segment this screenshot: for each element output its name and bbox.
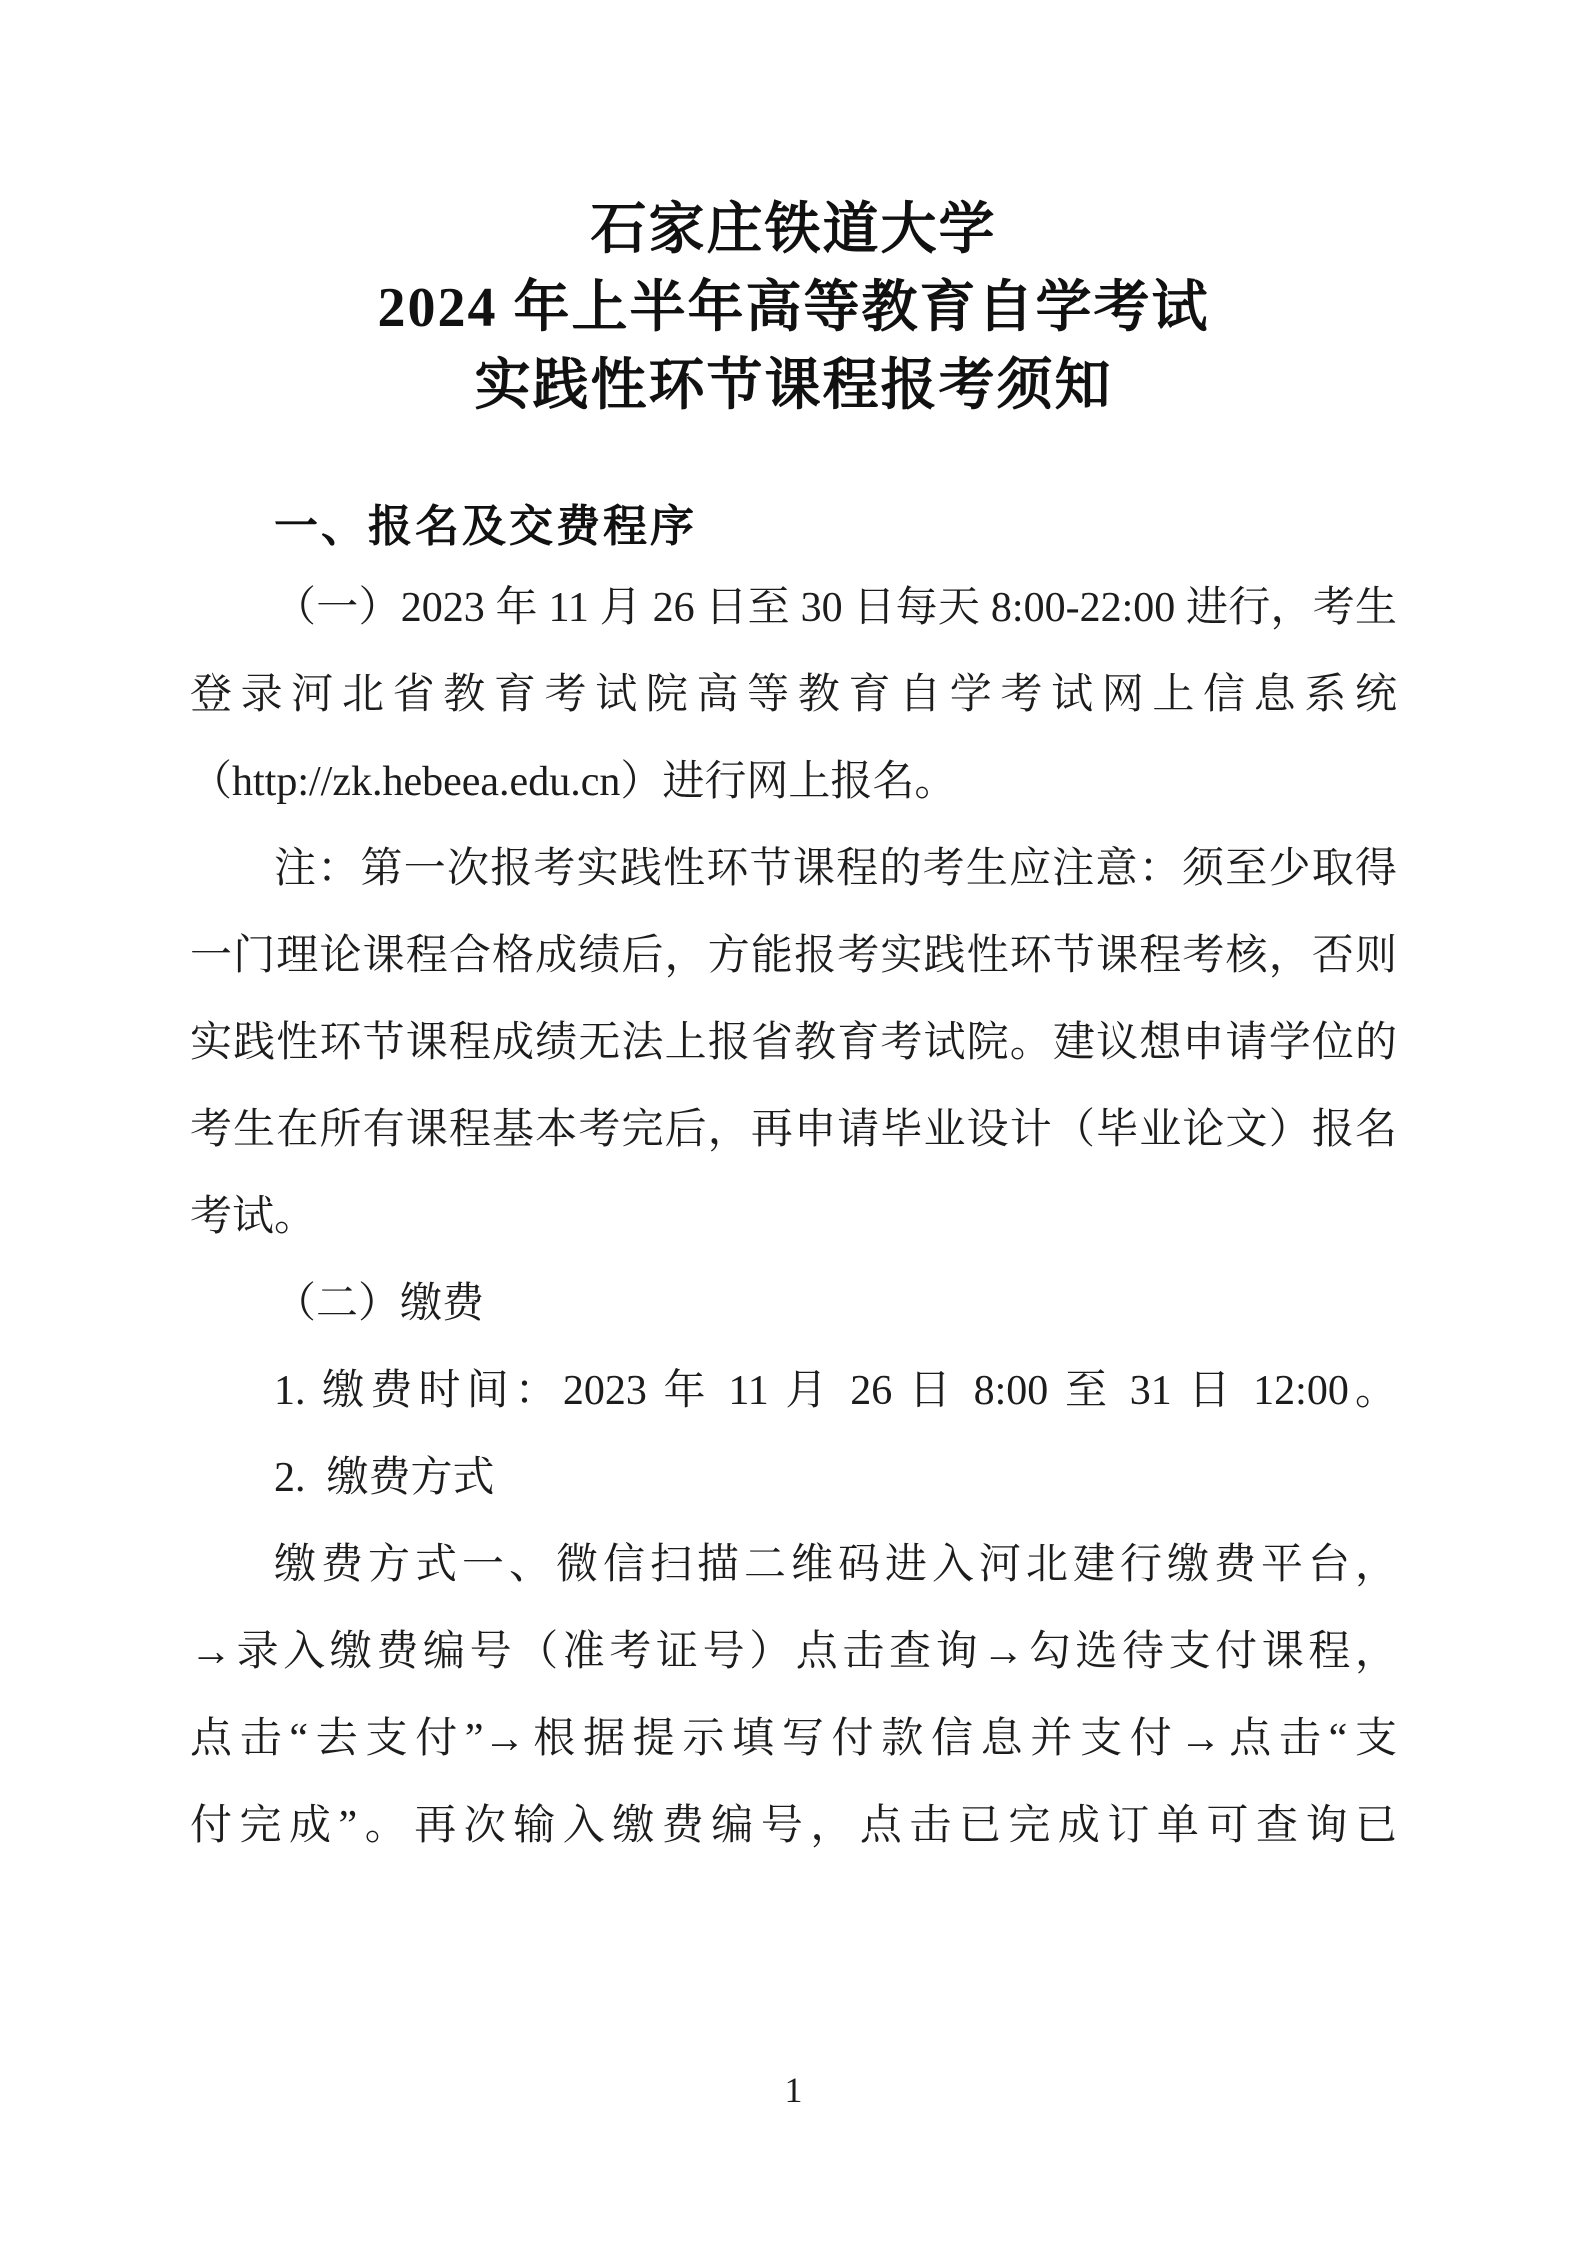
body-line: 实践性环节课程成绩无法上报省教育考试院。建议想申请学位的 [190,1000,1397,1087]
document-page: 石家庄铁道大学2024 年上半年高等教育自学考试实践性环节课程报考须知 一、报名… [0,0,1587,2245]
body-line: 考试。 [190,1174,1397,1261]
page-number: 1 [190,2068,1397,2112]
section-heading: 一、报名及交费程序 [190,495,1397,559]
body-line: →录入缴费编号（准考证号）点击查询→勾选待支付课程， [190,1609,1397,1696]
body-line: 缴费方式一、微信扫描二维码进入河北建行缴费平台， [190,1522,1397,1609]
document-title: 石家庄铁道大学2024 年上半年高等教育自学考试实践性环节课程报考须知 [190,0,1397,425]
body-line: 付完成”。再次输入缴费编号，点击已完成订单可查询已 [190,1783,1397,1870]
body-line: 点击“去支付”→根据提示填写付款信息并支付→点击“支 [190,1696,1397,1783]
body-line: 考生在所有课程基本考完后，再申请毕业设计（毕业论文）报名 [190,1087,1397,1174]
body-line: （http://zk.hebeea.edu.cn）进行网上报名。 [190,739,1397,826]
body-line: 登录河北省教育考试院高等教育自学考试网上信息系统 [190,652,1397,739]
body-line: 注：第一次报考实践性环节课程的考生应注意：须至少取得 [190,826,1397,913]
title-line: 石家庄铁道大学 [190,191,1397,269]
title-line: 2024 年上半年高等教育自学考试 [190,269,1397,347]
body-line: 2. 缴费方式 [190,1435,1397,1522]
body-line: （一）2023 年 11 月 26 日至 30 日每天 8:00-22:00 进… [190,565,1397,652]
body-line: 一门理论课程合格成绩后，方能报考实践性环节课程考核，否则 [190,913,1397,1000]
body-line: （二）缴费 [190,1261,1397,1348]
text-block: 石家庄铁道大学2024 年上半年高等教育自学考试实践性环节课程报考须知 一、报名… [190,0,1397,1870]
body-line: 1. 缴费时间：2023 年 11 月 26 日 8:00 至 31 日 12:… [190,1348,1397,1435]
body-text: （一）2023 年 11 月 26 日至 30 日每天 8:00-22:00 进… [190,565,1397,1870]
title-line: 实践性环节课程报考须知 [190,347,1397,425]
